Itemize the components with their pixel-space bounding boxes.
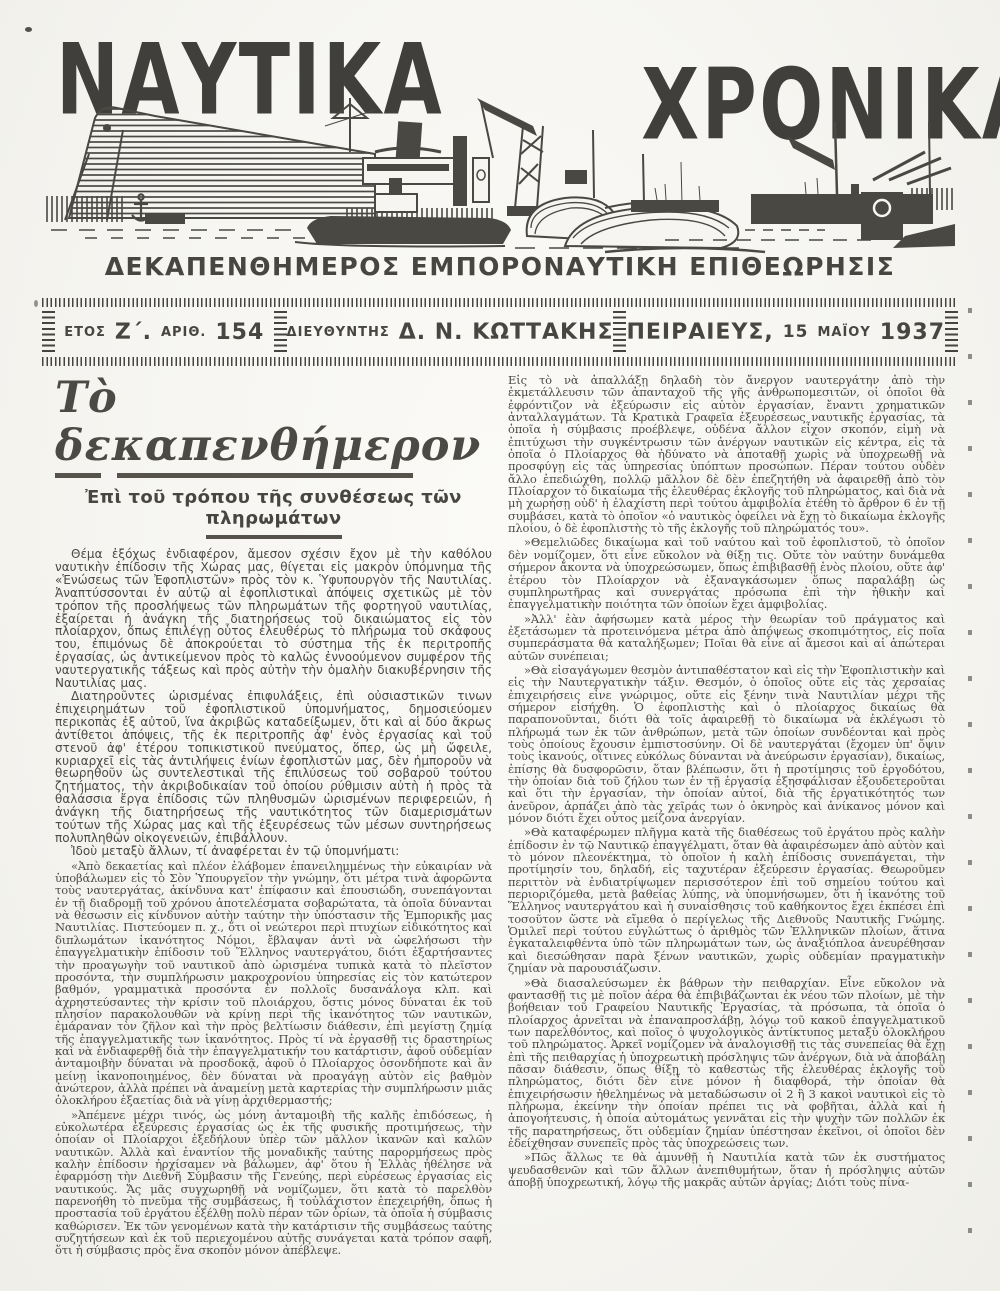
year-label: ΕΤΟΣ (64, 325, 106, 340)
quoted-paragraph: »Θὰ διασαλεύσωμεν ἐκ βάθρων τὴν πειθαρχί… (508, 977, 945, 1150)
drydock-ship (65, 107, 375, 220)
left-column: Τὸ δεκαπενθήμερον Ἐπὶ τοῦ τρόπου τῆς συν… (55, 374, 492, 1277)
right-column: Εἰς τὸ νὰ ἀπαλλάξῃ δηλαδὴ τὸν ἄνεργον να… (508, 374, 945, 1277)
number-value: 154 (215, 320, 264, 345)
title-rule-segment (117, 473, 413, 478)
bar-divider-hatch (613, 311, 626, 353)
distant-ships (631, 154, 719, 212)
subtitle-rule (206, 535, 342, 539)
quoted-paragraph: »Πῶς ἄλλως τε θὰ ἀμυνθῇ ἡ Ναυτιλία κατὰ … (508, 1151, 945, 1188)
year-value: Ζ΄. (115, 320, 152, 345)
paragraph: Θέμα ἐξόχως ἐνδιαφέρον, ἄμεσον σχέσιν ἔχ… (55, 548, 492, 690)
paragraph: Διατηροῦντες ὡρισμένας ἐπιφυλάξεις, ἐπὶ … (55, 690, 492, 845)
quoted-paragraph: Εἰς τὸ νὰ ἀπαλλάξῃ δηλαδὴ τὸν ἄνεργον να… (508, 374, 945, 534)
paragraph: Ἰδοὺ μεταξὺ ἄλλων, τί ἀναφέρεται ἐν τῷ ὑ… (55, 845, 492, 858)
mast-tripod (325, 98, 375, 152)
magazine-page: ΝΑΥΤΙΚΑ ΧΡΟΝΙΚΑ (0, 0, 1000, 1291)
quoted-paragraph: »Θὰ εἰσαγάγωμεν θεσμὸν ἀντιπαθέστατον κα… (508, 664, 945, 824)
day: 15 (783, 322, 809, 342)
quoted-paragraph: «Ἀπὸ δεκαετίας καὶ πλέον ἐλάβομεν ἐπανει… (55, 860, 492, 1107)
month: ΜΑΪΟΥ (817, 325, 870, 340)
bar-left-hatch (42, 311, 55, 353)
bar-divider-hatch (274, 311, 287, 353)
bar-top-hatch (42, 298, 958, 307)
director-label: ΔΙΕΥΘΥΝΤΗΣ (287, 325, 390, 340)
place: ΠΕΙΡΑΙΕΥΣ, (626, 320, 773, 345)
title-rule (55, 473, 492, 478)
article-title: Τὸ δεκαπενθήμερον (55, 374, 492, 470)
director-name: Δ. Ν. ΚΩΤΤΑΚΗΣ (399, 320, 614, 345)
quoted-paragraph: »Ἀλλ' ἐὰν ἀφήσωμεν κατὰ μέρος τὴν θεωρία… (508, 613, 945, 662)
bar-right-hatch (945, 311, 958, 353)
article-subtitle: Ἐπὶ τοῦ τρόπου τῆς συνθέσεως τῶν πληρωμά… (55, 487, 492, 529)
bar-bottom-hatch (42, 357, 958, 366)
year: 1937 (880, 320, 945, 345)
harbor-illustration (45, 96, 955, 256)
quoted-paragraph: »Ἀπέμενε μέχρι τινός, ὡς μόνη ἀνταμοιβὴ … (55, 1109, 492, 1257)
director-cell: ΔΙΕΥΘΥΝΤΗΣ Δ. Ν. ΚΩΤΤΑΚΗΣ (287, 307, 614, 357)
deckle-edge (968, 308, 972, 1258)
quoted-paragraph: »Θεμελιῶδες δικαίωμα καὶ τοῦ ναύτου καὶ … (508, 536, 945, 610)
scan-speck (25, 27, 32, 32)
place-date-cell: ΠΕΙΡΑΙΕΥΣ, 15 ΜΑΪΟΥ 1937 (626, 307, 945, 357)
article-body: Τὸ δεκαπενθήμερον Ἐπὶ τοῦ τρόπου τῆς συν… (55, 374, 945, 1277)
issue-number-cell: ΕΤΟΣ Ζ΄. ΑΡΙΘ. 154 (55, 307, 274, 357)
scan-speck (34, 300, 38, 307)
quoted-paragraph: »Θὰ καταφέρωμεν πλῆγμα κατὰ τῆς διαθέσεω… (508, 826, 945, 974)
masthead-subtitle: ΔΕΚΑΠΕΝΘΗΜΕΡΟΣ ΕΜΠΟΡΟΝΑΥΤΙΚΗ ΕΠΙΘΕΩΡΗΣΙΣ (0, 252, 1000, 281)
issue-info-bar: ΕΤΟΣ Ζ΄. ΑΡΙΘ. 154 ΔΙΕΥΘΥΝΤΗΣ Δ. Ν. ΚΩΤΤ… (42, 298, 958, 366)
dock-structure (861, 122, 955, 248)
number-label: ΑΡΙΘ. (161, 325, 206, 340)
title-rule-segment (55, 473, 101, 478)
